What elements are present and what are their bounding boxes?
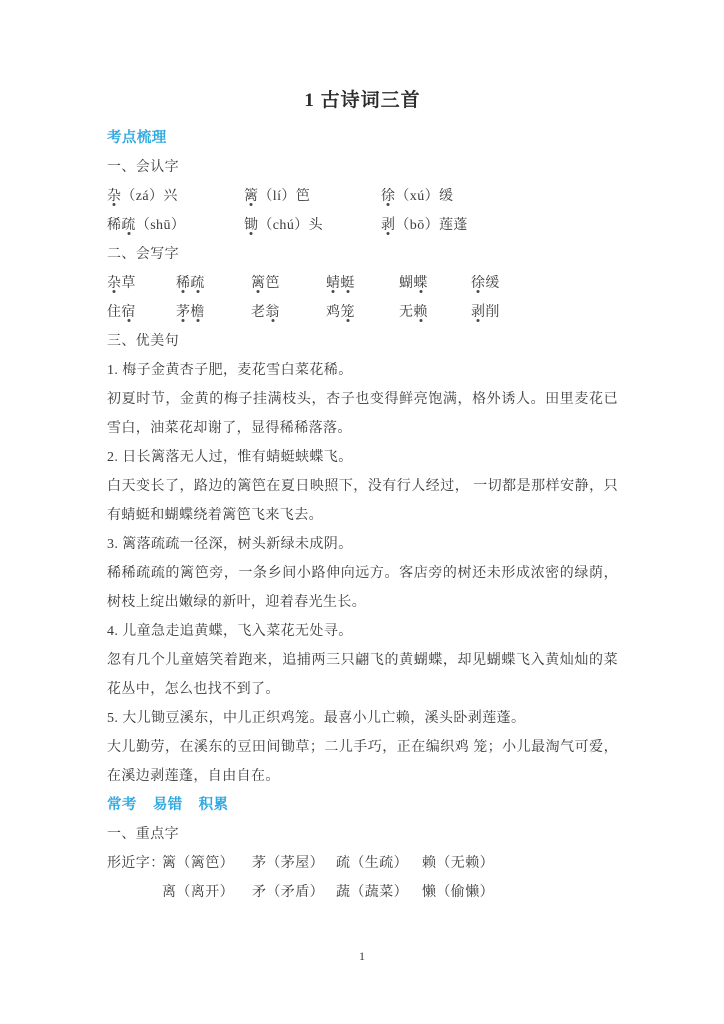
vocab-item: 篱笆 <box>251 269 326 298</box>
vocab-item: 杂草 <box>107 269 176 298</box>
vocab-item: 徐缓 <box>471 269 618 298</box>
vocab-item: 茅檐 <box>176 298 251 327</box>
subheading-hui-xie-zi: 二、会写字 <box>107 240 618 269</box>
indent-spacer <box>107 878 162 907</box>
vocab-item: 剥削 <box>471 298 618 327</box>
sentence-line-4: 4. 儿童急走追黄蝶，飞入菜花无处寻。 <box>107 617 618 646</box>
sentence-explain-2: 白天变长了，路边的篱笆在夏日映照下，没有行人经过， 一切都是那样安静，只有蜻蜓和… <box>107 472 618 530</box>
page-number: 1 <box>0 949 724 964</box>
vocab-item: 剥（bō）莲蓬 <box>381 211 618 240</box>
subheading-youmeiju: 三、优美句 <box>107 327 618 356</box>
vocab-item: 稀疏 <box>176 269 251 298</box>
vocab-item: 锄（chú）头 <box>244 211 381 240</box>
sentence-line-5: 5. 大儿锄豆溪东，中儿正织鸡笼。最喜小儿亡赖，溪头卧剥莲蓬。 <box>107 704 618 733</box>
sentence-line-3: 3. 篱落疏疏一径深，树头新绿未成阴。 <box>107 530 618 559</box>
subheading-hui-ren-zi: 一、会认字 <box>107 153 618 182</box>
page-title: 1 古诗词三首 <box>107 88 618 114</box>
section-heading-kaodian-shuli: 考点梳理 <box>107 124 618 153</box>
vocab-item: 无赖 <box>399 298 471 327</box>
xingjinzi-item: 懒（偷懒） <box>422 878 618 907</box>
xingjinzi-item: 蔬（蔬菜） <box>336 878 422 907</box>
xingjinzi-item: 篱（篱笆） <box>162 849 252 878</box>
subheading-zhongdianzi: 一、重点字 <box>107 820 618 849</box>
xingjinzi-item: 茅（茅屋） <box>252 849 336 878</box>
xingjinzi-item: 矛（矛盾） <box>252 878 336 907</box>
renzi-row-1: 杂（zá）兴 篱（lí）笆 徐（xú）缓 <box>107 182 618 211</box>
xingjinzi-label: 形近字： <box>107 849 162 878</box>
heading-changkao: 常考 <box>107 791 137 820</box>
vocab-item: 篱（lí）笆 <box>244 182 381 211</box>
xiezi-row-2: 住宿 茅檐 老翁 鸡笼 无赖 剥削 <box>107 298 618 327</box>
sentence-explain-3: 稀稀疏疏的篱笆旁，一条乡间小路伸向远方。客店旁的树还未形成浓密的绿荫，树枝上绽出… <box>107 559 618 617</box>
vocab-item: 住宿 <box>107 298 176 327</box>
xingjinzi-item: 赖（无赖） <box>422 849 618 878</box>
sentence-line-2: 2. 日长篱落无人过，惟有蜻蜓蛱蝶飞。 <box>107 443 618 472</box>
heading-jilei: 积累 <box>199 791 229 820</box>
document-page: { "title": "1 古诗词三首", "page_number": "1"… <box>0 0 724 1024</box>
vocab-item: 鸡笼 <box>326 298 399 327</box>
vocab-item: 杂（zá）兴 <box>107 182 244 211</box>
xiezi-row-1: 杂草 稀疏 篱笆 蜻蜓 蝴蝶 徐缓 <box>107 269 618 298</box>
vocab-item: 稀疏（shū） <box>107 211 244 240</box>
vocab-item: 老翁 <box>251 298 326 327</box>
sentence-line-1: 1. 梅子金黄杏子肥，麦花雪白菜花稀。 <box>107 356 618 385</box>
heading-yicuo: 易错 <box>153 791 183 820</box>
xingjinzi-item: 疏（生疏） <box>336 849 422 878</box>
xingjinzi-row-2: 离（离开） 矛（矛盾） 蔬（蔬菜） 懒（偷懒） <box>107 878 618 907</box>
sentence-explain-1: 初夏时节，金黄的梅子挂满枝头，杏子也变得鲜亮饱满，格外诱人。田里麦花已雪白，油菜… <box>107 385 618 443</box>
vocab-item: 蜻蜓 <box>326 269 399 298</box>
xingjinzi-item: 离（离开） <box>162 878 252 907</box>
page-content: 1 古诗词三首 考点梳理 一、会认字 杂（zá）兴 篱（lí）笆 徐（xú）缓 … <box>107 88 618 907</box>
renzi-row-2: 稀疏（shū） 锄（chú）头 剥（bō）莲蓬 <box>107 211 618 240</box>
section-heading-changkao-row: 常考 易错 积累 <box>107 791 618 820</box>
sentence-explain-5: 大儿勤劳，在溪东的豆田间锄草；二儿手巧，正在编织鸡 笼；小儿最淘气可爱，在溪边剥… <box>107 733 618 791</box>
xingjinzi-row-1: 形近字： 篱（篱笆） 茅（茅屋） 疏（生疏） 赖（无赖） <box>107 849 618 878</box>
sentence-explain-4: 忽有几个儿童嬉笑着跑来，追捕两三只翩飞的黄蝴蝶，却见蝴蝶飞入黄灿灿的菜花丛中，怎… <box>107 646 618 704</box>
vocab-item: 蝴蝶 <box>399 269 471 298</box>
vocab-item: 徐（xú）缓 <box>381 182 618 211</box>
